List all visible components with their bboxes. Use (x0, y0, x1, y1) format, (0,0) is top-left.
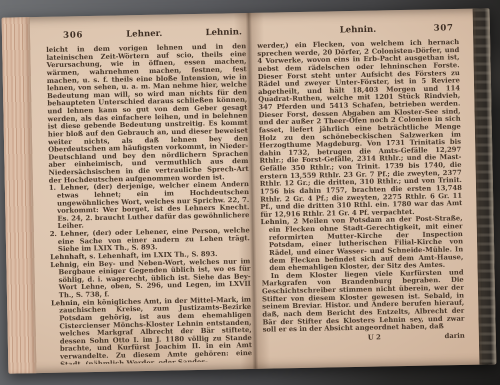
entry-text: ein Bey- und Neben-Wort, welches nur im … (58, 257, 250, 299)
dictionary-entry: Lehnin, 2 Meilen von Potsdam an der Post… (261, 215, 464, 273)
right-page-header: Lehnin. 307 (257, 23, 459, 37)
page-fore-edge (2, 17, 37, 373)
paragraph-continuation: werder,) ein Flecken, von welchem ich he… (257, 39, 462, 219)
right-page: Lehnin. 307 werder,) ein Flecken, von we… (257, 23, 465, 361)
dictionary-entry: 1. Lehner, (der) derjenige, welcher eine… (49, 181, 250, 231)
right-page-number: 307 (434, 23, 454, 33)
left-page: 306 Lehner. Lehnin. leicht in dem vorige… (46, 27, 252, 365)
paragraph-text: werder,) ein Flecken, von welchem ich he… (257, 38, 462, 219)
paragraph-continuation: leicht in dem vorigen lehnen und in den … (46, 43, 249, 185)
catchword: darin (444, 332, 464, 340)
paragraph-text: In dem Kloster liegen viele Kurfürsten u… (262, 268, 465, 333)
dictionary-entry: Lehnig, ein Bey- und Neben-Wort, welches… (50, 258, 251, 300)
paragraph: In dem Kloster liegen viele Kurfürsten u… (262, 269, 465, 334)
running-title: Lehner. (126, 29, 162, 40)
book-photograph: 306 Lehner. Lehnin. leicht in dem vorige… (0, 0, 500, 385)
left-page-number: 306 (63, 30, 83, 40)
paragraph-text: leicht in dem vorigen lehnen und in den … (46, 42, 248, 184)
left-page-header: 306 Lehner. Lehnin. (46, 27, 246, 41)
open-book-spread: 306 Lehner. Lehnin. leicht in dem vorige… (2, 8, 497, 373)
signature-mark: U 2 (368, 333, 381, 341)
entry-text: ein königliches Amt, in der Mittel-Mark,… (59, 295, 252, 364)
running-title: Lehnin. (205, 27, 242, 38)
dictionary-entry: Lehnin, ein königliches Amt, in der Mitt… (51, 296, 252, 365)
entry-text: 2 Meilen von Potsdam an der Post-Straße,… (269, 215, 464, 273)
running-title: Lehnin. (340, 25, 377, 36)
right-page-body: werder,) ein Flecken, von welchem ich he… (257, 39, 465, 334)
left-page-body: leicht in dem vorigen lehnen und in den … (46, 43, 252, 365)
